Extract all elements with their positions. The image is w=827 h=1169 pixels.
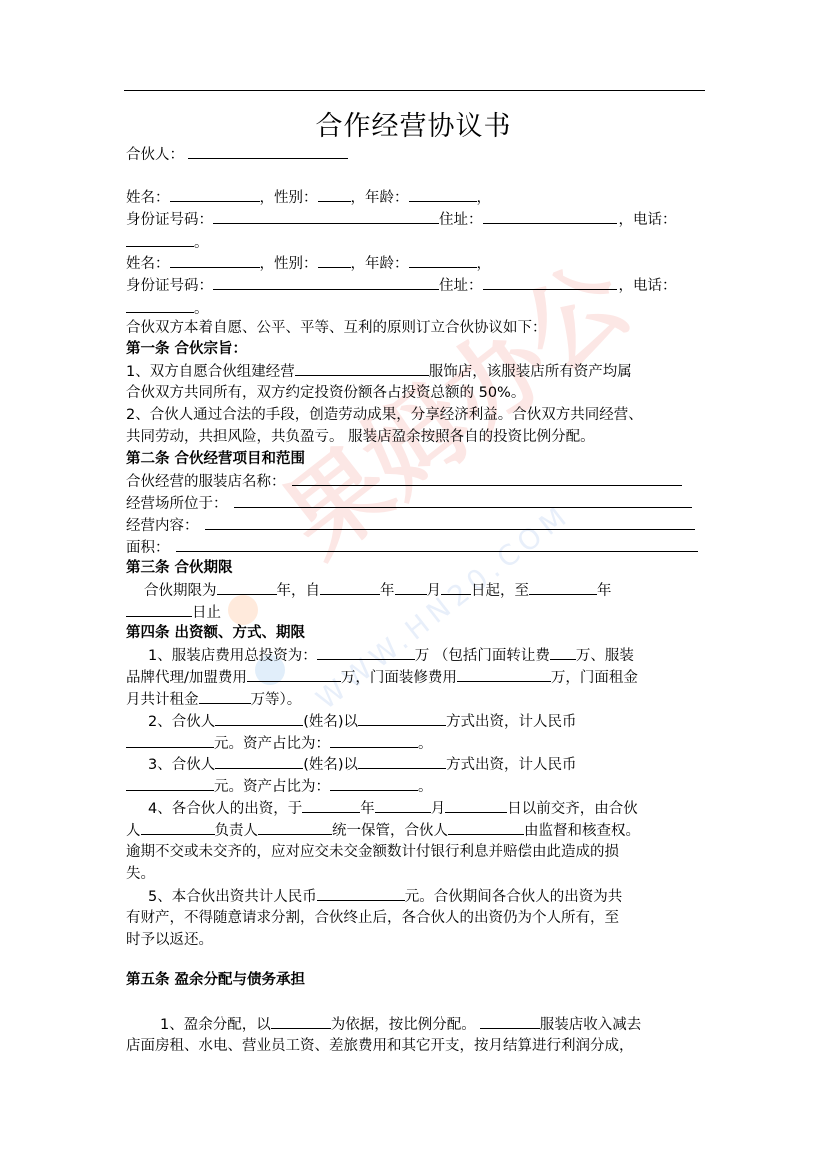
phone-blank[interactable] [126, 231, 194, 247]
clause1-line1: 1、服装店费用总投资为：万 （包括门面转让费万、服装 [148, 644, 634, 667]
location-line: 经营场所位于： [126, 492, 692, 515]
clause4-line2: 人负责人统一保管，合伙人由监督和核查权。 [126, 819, 640, 842]
party1-id-line: 身份证号码：住址：，电话： [126, 208, 677, 231]
clause1-line2: 品牌代理/加盟费用万，门面装修费用万，门面租金 [126, 666, 638, 689]
transfer-fee-blank[interactable] [550, 644, 576, 660]
basis-blank[interactable] [271, 1013, 331, 1029]
party1-name-line: 姓名：，性别：，年龄：， [126, 186, 491, 209]
total-investment-blank[interactable] [317, 644, 415, 660]
custodian-blank[interactable] [141, 819, 215, 835]
amount-blank[interactable] [126, 775, 214, 791]
article1-heading: 第一条 合伙宗旨： [126, 338, 247, 360]
phone-blank[interactable] [126, 297, 194, 313]
end-year-blank[interactable] [529, 579, 597, 595]
supervisor-blank[interactable] [448, 819, 524, 835]
clause5-line3: 时予以返还。 [126, 929, 213, 951]
store-name-line: 合伙经营的服装店名称： [126, 470, 682, 493]
share-ratio-blank[interactable] [330, 775, 418, 791]
content-blank[interactable] [205, 514, 695, 530]
preamble: 合伙双方本着自愿、公平、平等、互利的原则订立合伙协议如下： [126, 317, 547, 339]
header-rule [124, 90, 705, 91]
partner-line: 合伙人： [126, 143, 348, 166]
name-blank[interactable] [170, 252, 260, 268]
end-day-blank[interactable] [126, 601, 192, 617]
start-day-blank[interactable] [441, 579, 471, 595]
total-contribution-blank[interactable] [317, 885, 405, 901]
article5-p1-cont: 店面房租、水电、营业员工资、差旅费用和其它开支，按月结算进行利润分成， [126, 1035, 634, 1057]
clause5-line1: 5、本合伙出资共计人民币元。合伙期间各合伙人的出资为共 [148, 885, 622, 908]
store-blank[interactable] [480, 1013, 540, 1029]
deadline-year-blank[interactable] [302, 797, 360, 813]
id-blank[interactable] [213, 208, 439, 224]
clause5-line2: 有财产，不得随意请求分割，合伙终止后，各合伙人的出资仍为个人所有，至 [126, 907, 619, 929]
manager-blank[interactable] [258, 819, 332, 835]
article5-heading: 第五条 盈余分配与债务承担 [126, 969, 305, 991]
deadline-month-blank[interactable] [375, 797, 431, 813]
article3-heading: 第三条 合伙期限 [126, 557, 233, 579]
age-blank[interactable] [409, 252, 477, 268]
article4-heading: 第四条 出资额、方式、期限 [126, 622, 305, 644]
clause2-line2: 元。资产占比为：。 [126, 732, 433, 755]
age-blank[interactable] [409, 186, 477, 202]
clause4-line4: 失。 [126, 863, 155, 885]
start-year-blank[interactable] [320, 579, 380, 595]
article2-heading: 第二条 合伙经营项目和范围 [126, 448, 305, 470]
gender-blank[interactable] [318, 252, 351, 268]
partner-name-blank[interactable] [215, 710, 303, 726]
partner-blank[interactable] [188, 143, 348, 159]
document-page: 果姆办公 WWW.HN20.COM 合作经营协议书 合伙人： 姓名：，性别：，年… [0, 0, 827, 1169]
article1-p2: 2、合伙人通过合法的手段，创造劳动成果，分享经济利益。合伙双方共同经营、 [126, 404, 643, 426]
address-blank[interactable] [483, 208, 617, 224]
party1-phone-line: 。 [126, 231, 209, 254]
share-ratio-blank[interactable] [330, 732, 418, 748]
area-blank[interactable] [176, 536, 698, 552]
rent-blank[interactable] [199, 688, 251, 704]
article1-p1: 1、双方自愿合伙组建经营服饰店，该服装店所有资产均属 [126, 360, 632, 383]
term-years-blank[interactable] [217, 579, 277, 595]
decoration-fee-blank[interactable] [457, 666, 551, 682]
contribution-method-blank[interactable] [358, 753, 446, 769]
clause4-line3: 逾期不交或未交齐的，应对应交未交金额数计付银行利息并赔偿由此造成的损 [126, 841, 619, 863]
term-line-cont: 日止 [126, 601, 221, 624]
contribution-method-blank[interactable] [358, 710, 446, 726]
gender-blank[interactable] [318, 186, 351, 202]
store-type-blank[interactable] [295, 360, 429, 376]
deadline-day-blank[interactable] [445, 797, 507, 813]
clause2-line1: 2、合伙人(姓名)以方式出资，计人民币 [148, 710, 577, 733]
amount-blank[interactable] [126, 732, 214, 748]
party2-name-line: 姓名：，性别：，年龄：， [126, 252, 491, 275]
party2-id-line: 身份证号码：住址：，电话： [126, 274, 677, 297]
partner-name-blank[interactable] [215, 753, 303, 769]
clause1-line3: 月共计租金万等）。 [126, 688, 301, 711]
article1-p1-cont: 合伙双方共同所有，双方约定投资份额各占投资总额的 50%。 [126, 382, 525, 404]
store-name-blank[interactable] [292, 470, 682, 486]
location-blank[interactable] [234, 492, 692, 508]
name-blank[interactable] [170, 186, 260, 202]
start-month-blank[interactable] [395, 579, 427, 595]
address-blank[interactable] [483, 274, 617, 290]
document-title: 合作经营协议书 [0, 104, 827, 143]
clause4-line1: 4、各合伙人的出资，于年月日以前交齐，由合伙 [148, 797, 638, 820]
clause3-line1: 3、合伙人(姓名)以方式出资，计人民币 [148, 753, 577, 776]
article5-p1: 1、盈余分配，以为依据，按比例分配。服装店收入减去 [160, 1013, 641, 1036]
clause3-line2: 元。资产占比为：。 [126, 775, 433, 798]
content-line: 经营内容： [126, 514, 695, 537]
franchise-fee-blank[interactable] [247, 666, 341, 682]
area-line: 面积： [126, 536, 698, 559]
term-line: 合伙期限为年，自年月日起，至年 [144, 579, 612, 602]
article1-p2-cont: 共同劳动，共担风险，共负盈亏。 服装店盈余按照各自的投资比例分配。 [126, 426, 595, 448]
id-blank[interactable] [213, 274, 439, 290]
